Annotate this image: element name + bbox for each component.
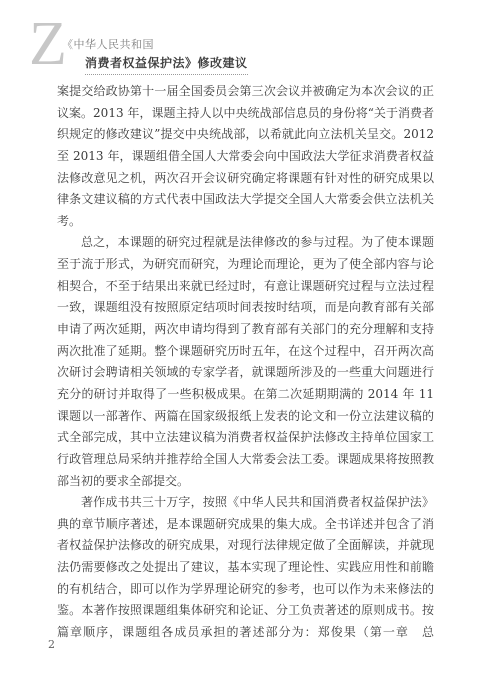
text-line: 充分的研讨并取得了一些积极成果。在第二次延期期满的 2014 年 11 月， (57, 384, 434, 406)
text-line: 织规定的修改建议”提交中央统战部，以希就此向立法机关呈交。2012 年 (57, 124, 434, 146)
text-line: 考。 (57, 211, 434, 233)
text-line: 鉴。本著作按照课题组集体研究和论证、分工负责著述的原则成书。按照 (57, 600, 434, 622)
document-page: Z 《中华人民共和国 消费者权益保护法》修改建议 案提交给政协第十一届全国委员会… (0, 0, 482, 681)
text-line: 著作成书共三十万字，按照《中华人民共和国消费者权益保护法》法 (57, 492, 434, 514)
text-line: 律条文建议稿的方式代表中国政法大学提交全国人大常委会供立法机关参 (57, 189, 434, 211)
text-line: 者权益保护法修改的研究成果，对现行法律规定做了全面解读，并就现行 (57, 535, 434, 557)
text-line: 相契合，不至于结果出来就已经过时，有意让课题研究过程与立法过程相 (57, 276, 434, 298)
text-line: 法仍需要修改之处提出了建议，基本实现了理论性、实践应用性和前瞻性 (57, 557, 434, 579)
header-title-line1: 《中华人民共和国 (62, 36, 248, 52)
header-title-line2: 消费者权益保护法》修改建议 (85, 54, 248, 75)
text-line: 一致，课题组没有按照原定结项时间表按时结项，而是向教育部有关部门 (57, 297, 434, 319)
text-line: 典的章节顺序著述，是本课题研究成果的集大成。全书详述并包含了消费 (57, 514, 434, 536)
text-line: 部当初的要求全部提交。 (57, 471, 434, 493)
page-number: 2 (48, 638, 55, 651)
text-line: 法修改意见之机，两次召开会议研究确定将课题有针对性的研究成果以法 (57, 168, 434, 190)
text-line: 申请了两次延期，两次申请均得到了教育部有关部门的充分理解和支持并 (57, 319, 434, 341)
text-line: 行政管理总局采纳并推荐给全国人大常委会法工委。课题成果将按照教育 (57, 449, 434, 471)
body-text: 案提交给政协第十一届全国委员会第三次会议并被确定为本次会议的正式议案。2013 … (57, 81, 434, 644)
text-line: 两次批准了延期。整个课题研究历时五年，在这个过程中，召开两次高层 (57, 341, 434, 363)
text-line: 课题以一部著作、两篇在国家级报纸上发表的论文和一份立法建议稿的形 (57, 406, 434, 428)
text-line: 次研讨会聘请相关领域的专家学者，就课题所涉及的一些重大问题进行了 (57, 362, 434, 384)
text-line: 至于流于形式，为研究而研究，为理论而理论，更为了使全部内容与论题 (57, 254, 434, 276)
text-line: 案提交给政协第十一届全国委员会第三次会议并被确定为本次会议的正式 (57, 81, 434, 103)
text-line: 的有机结合，即可以作为学界理论研究的参考，也可以作为未来修法的借 (57, 579, 434, 601)
text-line: 篇章顺序，课题组各成员承担的著述部分为：郑俊果（第一章 总论）、赵 (57, 622, 434, 644)
text-line: 式全部完成，其中立法建议稿为消费者权益保护法修改主持单位国家工商 (57, 427, 434, 449)
text-line: 总之，本课题的研究过程就是法律修改的参与过程。为了使本课题不 (57, 232, 434, 254)
running-header: 《中华人民共和国 消费者权益保护法》修改建议 (62, 36, 248, 75)
text-line: 议案。2013 年，课题主持人以中央统战部信息员的身份将“关于消费者组 (57, 103, 434, 125)
text-line: 至 2013 年，课题组借全国人大常委会向中国政法大学征求消费者权益保护 (57, 146, 434, 168)
